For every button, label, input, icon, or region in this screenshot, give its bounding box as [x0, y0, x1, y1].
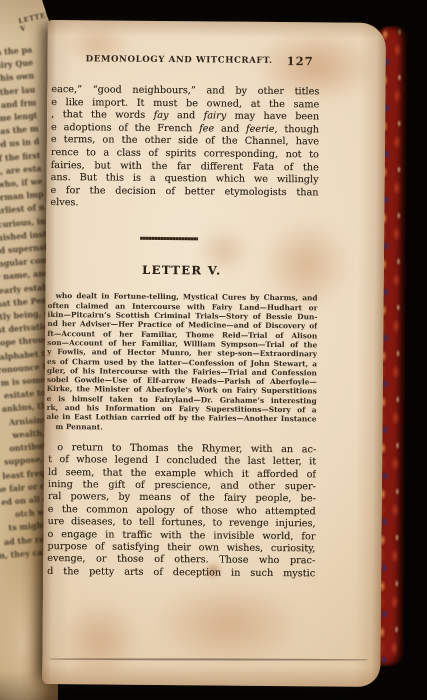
left-page-text-fragment: Fairy Que	[0, 57, 34, 77]
page-edge-line	[49, 658, 367, 660]
left-page-text-fragment: clearly establ	[0, 280, 51, 300]
paragraph-line: d the petty arts of deception in such my…	[47, 566, 315, 581]
left-page-text-fragment: er, as the m	[0, 122, 39, 142]
left-page-text-fragment: his singular com	[0, 254, 49, 274]
book-photograph: LETTER V been the paFairy Queof his ownt…	[0, 0, 427, 700]
section-heading: LETTER V.	[46, 262, 318, 278]
left-page-text-fragment: earliest of n	[0, 201, 45, 221]
page-header: DEMONOLOGY AND WITCHCRAFT. 127	[52, 54, 320, 69]
left-page-text-fragment: of his own	[0, 70, 35, 90]
left-page-text-fragment: some lengt	[0, 109, 38, 129]
paper-stain	[47, 585, 153, 696]
paragraph-thomas-rhymer: o return to Thomas the Rhymer, with an a…	[47, 442, 316, 581]
left-page-text-fragment: e of the first	[0, 149, 41, 169]
left-page-text-fragment: rted us in d	[0, 136, 40, 156]
paragraph-fairy-etymology: eace,” “good neighbours,” and by other t…	[50, 84, 319, 212]
left-page-text-fragment: nd who, if we	[0, 175, 43, 195]
left-page-text-fragment: been the pa	[0, 43, 33, 63]
paper-stain	[127, 566, 328, 683]
left-page-text-fragment: inguished inst	[0, 228, 47, 248]
left-page-text-fragment: together lau	[0, 83, 36, 103]
left-page-text-fragment: -Norman lmp	[0, 188, 44, 208]
left-page-text-fragment: al and frm	[0, 96, 37, 116]
chapter-summary: who dealt in Fortune-telling, Mystical C…	[46, 291, 317, 433]
paragraph-line: elves.	[50, 197, 318, 212]
section-rule	[140, 237, 198, 241]
left-page-text-fragment: more curious, in	[0, 215, 46, 235]
running-header: DEMONOLOGY AND WITCHCRAFT.	[86, 54, 268, 66]
left-page-text-fragment: popular name, and	[0, 267, 50, 287]
book-page: DEMONOLOGY AND WITCHCRAFT. 127 eace,” “g…	[42, 20, 386, 687]
left-page-text-fragment: this, are esta	[0, 162, 42, 182]
page-content: DEMONOLOGY AND WITCHCRAFT. 127 eace,” “g…	[47, 54, 320, 581]
page-number: 127	[287, 54, 314, 68]
left-page-text-fragment: ited supernat	[0, 241, 48, 261]
